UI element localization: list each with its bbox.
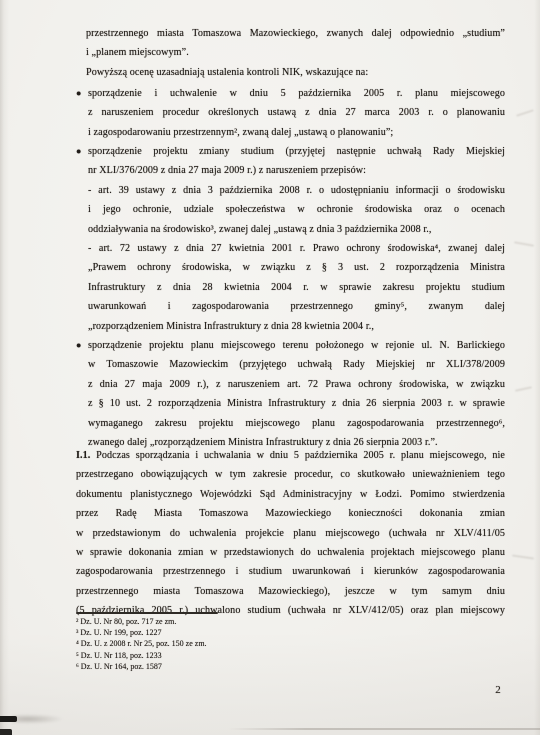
binding-mark-icon [0, 716, 17, 722]
bullet-dot-icon: ● [76, 84, 82, 103]
text-line: w przedstawionym do uchwalenia projekcie… [76, 524, 505, 543]
text-line: „rozporządzeniem Ministra Infrastruktury… [88, 317, 505, 336]
text-segment: Podczas sporządzania i uchwalania w dniu… [90, 450, 505, 461]
scanned-document-page: { "page": { "number": "2" }, "document":… [0, 0, 540, 735]
footnote: ³ Dz. U. Nr 199, poz. 1227 [76, 627, 376, 638]
footnotes-block: ² Dz. U. Nr 80, poz. 717 ze zm.³ Dz. U. … [76, 616, 376, 672]
bullet-dot-icon: ● [76, 142, 82, 161]
text-line: oddziaływania na środowisko³, zwanej dal… [88, 220, 505, 239]
text-line: przestrzennego miasta Tomaszowa Mazowiec… [86, 24, 505, 43]
bullet-item-1: ●sporządzenie i uchwalenie w dniu 5 paźd… [88, 84, 505, 142]
bullet-item-3: ●sporządzenie projektu planu miejscowego… [88, 336, 505, 452]
text-line: sporządzenie projektu zmiany studium (pr… [88, 142, 505, 161]
text-line: i „planem miejscowym”. [86, 43, 505, 62]
text-line: dokumentu planistycznego Wojewódzki Sąd … [76, 485, 505, 504]
intro-paragraph: przestrzennego miasta Tomaszowa Mazowiec… [86, 24, 505, 82]
text-line: w sprawie dokonania zmian w przedstawion… [76, 543, 505, 562]
footnote: ⁶ Dz. U. Nr 164, poz. 1587 [76, 661, 376, 672]
text-line: i jego ochronie, udziale społeczeństwa w… [88, 200, 505, 219]
bullet-item-2: ●sporządzenie projektu zmiany studium (p… [88, 142, 505, 336]
page-number: 2 [488, 684, 508, 696]
footnote: ⁴ Dz. U. z 2008 r. Nr 25, poz. 150 ze zm… [76, 638, 376, 649]
text-line: i zagospodarowaniu przestrzennym², zwaną… [88, 123, 505, 142]
text-line: z dnia 27 maja 2009 r.), z naruszeniem a… [88, 375, 505, 394]
footnote: ⁵ Dz. U. Nr 118, poz. 1233 [76, 650, 376, 661]
text-line: z § 10 ust. 2 rozporządzenia Ministra In… [88, 394, 505, 413]
text-line: z naruszeniem procedur określonych ustaw… [88, 103, 505, 122]
text-line: przestrzegano obowiązujących w tym zakre… [76, 465, 505, 484]
text-line: Infrastruktury z dnia 28 kwietnia 2004 r… [88, 278, 505, 297]
text-line: przestrzennego miasta Tomaszowa Mazowiec… [76, 582, 505, 601]
text-line: - art. 39 ustawy z dnia 3 października 2… [88, 181, 505, 200]
binding-mark-icon [0, 729, 12, 735]
text-line: wymaganego zakresu projektu miejscowego … [88, 414, 505, 433]
scan-page-edge [228, 728, 540, 730]
text-line: nr XLI/376/2009 z dnia 27 maja 2009 r.) … [88, 161, 505, 180]
text-line: - art. 72 ustawy z dnia 27 kwietnia 2001… [88, 239, 505, 258]
text-line: sporządzenie projektu planu miejscowego … [88, 336, 505, 355]
text-line: przez Radę Miasta Tomaszowa Mazowieckieg… [76, 504, 505, 523]
text-line: Powyższą ocenę uzasadniają ustalenia kon… [86, 63, 505, 82]
text-line: zagospodarowania przestrzennego i studiu… [76, 562, 505, 581]
text-line: I.1. Podczas sporządzania i uchwalania w… [76, 446, 505, 465]
binding-smudge [12, 714, 64, 724]
footnote-divider [76, 612, 218, 614]
bullet-dot-icon: ● [76, 336, 82, 355]
section-number: I.1. [76, 450, 90, 461]
text-line: sporządzenie i uchwalenie w dniu 5 paźdz… [88, 84, 505, 103]
paragraph-I1: I.1. Podczas sporządzania i uchwalania w… [76, 446, 505, 621]
text-line: uwarunkowań i zagospodarowania przestrze… [88, 297, 505, 316]
text-line: w Tomaszowie Mazowieckim (przyjętego uch… [88, 355, 505, 374]
text-line: „Prawem ochrony środowiska, w związku z … [88, 258, 505, 277]
footnote: ² Dz. U. Nr 80, poz. 717 ze zm. [76, 616, 376, 627]
